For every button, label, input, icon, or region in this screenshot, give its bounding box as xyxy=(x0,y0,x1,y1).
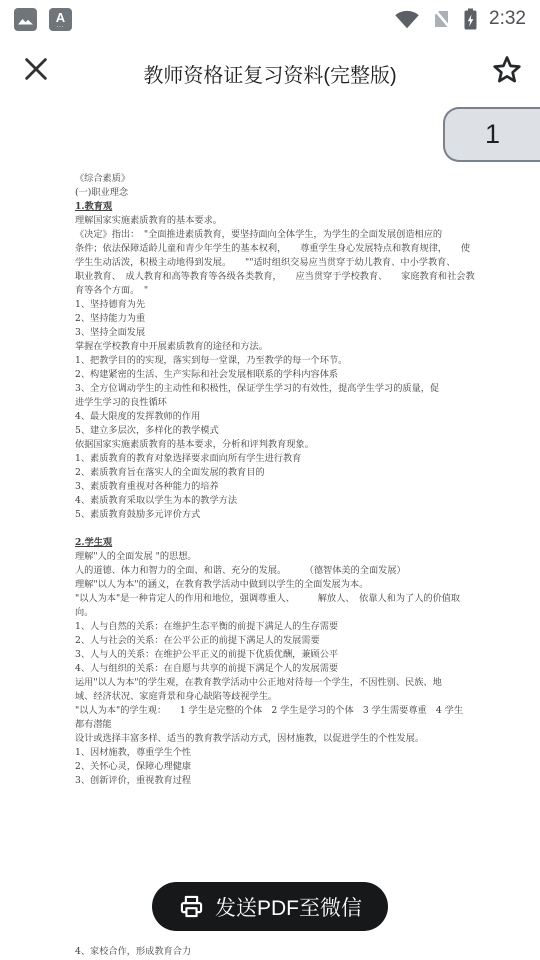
document-line: 3、人与人的关系：在维护公平正义的前提下优质优酬，兼顾公平 xyxy=(75,648,475,662)
document-line: 人的道德、体力和智力的全面、和谐、充分的发展。 （德智体美的全面发展） xyxy=(75,564,475,578)
document-line: 2、人与社会的关系：在公平公正的前提下满足人的发展需要 xyxy=(75,634,475,648)
document-line: 3、全方位调动学生的主动性和积极性，保证学生学习的有效性，提高学生学习的质量，促 xyxy=(75,382,475,396)
document-line: 掌握在学校教育中开展素质教育的途径和方法。 xyxy=(75,340,475,354)
close-x-icon xyxy=(22,55,50,86)
page-number: 1 xyxy=(485,119,500,150)
document-line: "以人为本"的学生观： 1 学生是完整的个体 2 学生是学习的个体 3 学生需要… xyxy=(75,704,475,718)
document-line: 2、关怀心灵，保障心理健康 xyxy=(75,760,475,774)
document-line: 进学生学习的良性循环 xyxy=(75,396,475,410)
document-line: 育等各个方面。 " xyxy=(75,284,475,298)
battery-charging-icon xyxy=(464,8,477,30)
wifi-icon xyxy=(394,9,420,29)
document-line xyxy=(75,522,475,536)
document-line: 职业教育、 成人教育和高等教育等各级各类教育， 应当贯穿于学校教育、 家庭教育和… xyxy=(75,270,475,284)
document-line: 4、人与组织的关系：在自愿与共享的前提下满足个人的发展需要 xyxy=(75,662,475,676)
document-line: 3、素质教育重视对各种能力的培养 xyxy=(75,480,475,494)
document-line: 都有潜能 xyxy=(75,718,475,732)
document-line: 域、经济状况、家庭背景和身心缺陷等歧视学生。 xyxy=(75,690,475,704)
document-line: 《决定》指出： "全面推进素质教育，要坚持面向全体学生，为学生的全面发展创造相应… xyxy=(75,228,475,242)
star-outline-icon xyxy=(490,53,524,90)
status-bar: A ... 2:32 xyxy=(0,0,540,38)
document-line: 3、创新评价，重视教育过程 xyxy=(75,774,475,788)
document-line: 依据国家实施素质教育的基本要求，分析和评判教育现象。 xyxy=(75,438,475,452)
text-input-a-icon: A ... xyxy=(49,8,72,31)
page-title: 教师资格证复习资料(完整版) xyxy=(0,59,540,88)
document-line: 2.学生观 xyxy=(75,536,475,550)
document-line: 1、因材施教，尊重学生个性 xyxy=(75,746,475,760)
document-line: 设计或选择丰富多样、适当的教育教学活动方式，因材施教，以促进学生的个性发展。 xyxy=(75,732,475,746)
printer-icon xyxy=(178,893,205,920)
header: 教师资格证复习资料(完整版) xyxy=(0,46,540,100)
document-line: 《综合素质》 xyxy=(75,172,475,186)
page-number-badge[interactable]: 1 xyxy=(443,107,540,162)
document-line: 1.教育观 xyxy=(75,200,475,214)
document-line: 运用"以人为本"的学生观，在教育教学活动中公正地对待每一个学生，不因性别、民族、… xyxy=(75,676,475,690)
document-line: 1、素质教育的教育对象选择要求面向所有学生进行教育 xyxy=(75,452,475,466)
document-line: 3、坚持全面发展 xyxy=(75,326,475,340)
document-line: 2、素质教育旨在落实人的全面发展的教育目的 xyxy=(75,466,475,480)
document-line: 2、构建紧密的生活、生产实际和社会发展相联系的学科内容体系 xyxy=(75,368,475,382)
document-line: 理解"以人为本"的涵义，在教育教学活动中做到以学生的全面发展为本。 xyxy=(75,578,475,592)
document-line: "以人为本"是一种肯定人的作用和地位，强调尊重人、 解放人、 依靠人和为了人的价… xyxy=(75,592,475,606)
document-line: 2、坚持能力为重 xyxy=(75,312,475,326)
document-line: 学生生动活泼，积极主动地得到发展。 ""适时组织交易应当贯穿于幼儿教育、中小学教… xyxy=(75,256,475,270)
document-line: 向。 xyxy=(75,606,475,620)
close-button[interactable] xyxy=(22,55,50,86)
document-line: (一)职业理念 xyxy=(75,186,475,200)
document-line: 理解"人的全面发展 "的思想。 xyxy=(75,550,475,564)
status-time: 2:32 xyxy=(489,8,526,30)
pdf-document-page[interactable]: 《综合素质》(一)职业理念1.教育观理解国家实施素质教育的基本要求。《决定》指出… xyxy=(75,172,475,788)
document-line: 理解国家实施素质教育的基本要求。 xyxy=(75,214,475,228)
no-sim-icon xyxy=(432,9,452,29)
send-button-label: 发送PDF至微信 xyxy=(215,892,362,922)
pdf-preview-screen: A ... 2:32 xyxy=(0,0,540,960)
favorite-star-button[interactable] xyxy=(490,53,524,90)
document-line: 4、素质教育采取以学生为本的教学方法 xyxy=(75,494,475,508)
document-line: 1、人与自然的关系：在维护生态平衡的前提下满足人的生存需要 xyxy=(75,620,475,634)
document-cutoff-line: 4、家校合作，形成教育合力 xyxy=(75,943,475,957)
document-line: 1、把教学目的的实现，落实到每一堂课，乃至教学的每一个环节。 xyxy=(75,354,475,368)
gallery-icon xyxy=(14,8,37,31)
document-line: 条件；依法保障适龄儿童和青少年学生的基本权利， 尊重学生身心发展特点和教育规律，… xyxy=(75,242,475,256)
document-line: 5、素质教育鼓励多元评价方式 xyxy=(75,508,475,522)
document-line: 5、建立多层次，多样化的教学模式 xyxy=(75,424,475,438)
document-line: 4、最大限度的发挥教师的作用 xyxy=(75,410,475,424)
send-pdf-to-wechat-button[interactable]: 发送PDF至微信 xyxy=(152,882,388,931)
document-line: 1、坚持德育为先 xyxy=(75,298,475,312)
